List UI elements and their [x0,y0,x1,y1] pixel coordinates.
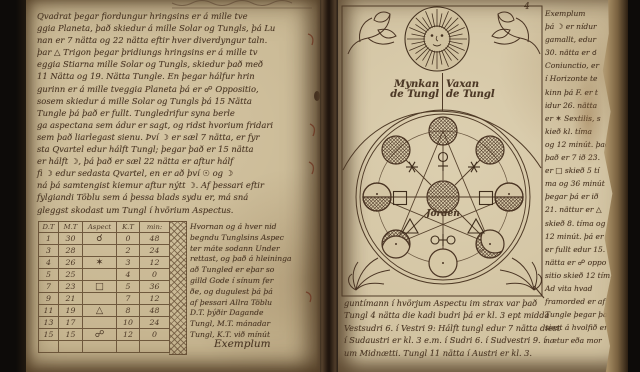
manuscript-text-line: ggia Planeta, það skiedur á mille Solar … [37,22,319,34]
table-ornament-column [169,221,187,355]
table-cell: 13 [39,317,59,329]
manuscript-text-line: Coniunctio, er [545,59,607,72]
manuscript-text-line: D.T. þýðir Dagande [190,308,318,319]
table-cell: 12 [117,329,140,341]
manuscript-text-line: Tungle þá það er fullt. Tungledrifur syn… [37,107,319,119]
manuscript-text-line: skieð 8. tíma og [545,217,607,230]
sun-icon [405,7,469,71]
table-cell: 15 [59,329,83,341]
trine-symbol-left [402,219,418,233]
table-cell: 5 [117,281,140,293]
table-cell: 48 [140,305,170,317]
table-cell: 7 [39,281,59,293]
manuscript-text-line: það er 7 ið 23. [545,151,607,164]
table-header-cell: D.T [39,222,59,233]
aspect-table-body: 130☌048328224426✶31252540723□53692171211… [39,233,170,353]
manuscript-text-line: sta Qvartel edur hálft Tungl; þegar það … [37,143,319,155]
manuscript-text-line: Tungl, M.T. mánadar [190,319,318,330]
table-cell: 26 [59,257,83,269]
table-header-cell: M.T [59,222,83,233]
table-cell: □ [83,281,117,293]
table-cell: 36 [140,281,170,293]
quire-mark: 4 [524,2,530,12]
table-cell: 25 [59,269,83,281]
manuscript-text-line: að Tungled er eþar so [190,265,318,276]
table-header-cell: min: [140,222,170,233]
moon-half-right [495,183,523,211]
manuscript-text-line: ðe, og dugulest þá þá [190,287,318,298]
manuscript-text-line: og 12 minút. það [545,138,607,151]
table-cell: ☍ [83,329,117,341]
book-gutter [316,0,340,372]
table-cell [83,341,117,353]
table-cell: △ [83,305,117,317]
square-symbol-left [394,192,407,205]
waxing-moon-label: Vaxan de Tungl [446,80,516,100]
moon-half-left [363,183,391,211]
manuscript-text-line: gurinn er á mille tveggia Planeta þá er … [37,83,319,95]
table-cell: 24 [140,245,170,257]
manuscript-text-line: þegar þá er ið [545,190,607,203]
manuscript-text-line: er ✶ Sextilis, s [545,112,607,125]
table-cell: 19 [59,305,83,317]
table-cell: 48 [140,233,170,245]
table-cell [83,269,117,281]
moon-crescent-lower-left [382,230,410,264]
table-cell: ☌ [83,233,117,245]
manuscript-text-line: í Horizonte te [545,72,607,85]
left-page-paragraph: Qvadrat þegar fiordungur hringsins er á … [37,10,319,216]
manuscript-text-line: þar △ Trigon þegar þridiungs hringsins e… [37,46,319,58]
left-page: Qvadrat þegar fiordungur hringsins er á … [26,0,320,372]
manuscript-text-line: Vestsudri 6. í Vestri 9: Hálft tungl edu… [344,322,606,334]
table-cell: 21 [59,293,83,305]
aspect-table-header-row: D.TM.TAspectK.Tmin: [39,222,170,233]
table-row: 426✶312 [39,257,170,269]
table-cell: 8 [117,305,140,317]
leaf-ornament-top-left [348,12,396,54]
exemplum-label: Exemplum [214,338,271,350]
manuscript-text-line: nan er 7 nätta og 22 nätta eftir hver di… [37,34,319,46]
manuscript-text-line: Exemplum [545,7,607,20]
manuscript-text-line: af þessari Allra Töblu [190,298,318,309]
table-row: 328224 [39,245,170,257]
table-cell: 15 [39,329,59,341]
header-fragment [172,1,312,9]
moon-full-bottom [429,249,457,277]
lunar-phase-wheel [356,110,530,284]
table-row: 723□536 [39,281,170,293]
table-cell: 2 [117,245,140,257]
manuscript-text-line: gleggst skodast um Tungl í hvörium Aspec… [37,204,319,216]
manuscript-text-line: fylgiandi Töblu sem á þessa blads sydu e… [37,191,319,203]
manuscript-text-line: begndu Tunglsins Aspec [190,233,318,244]
manuscript-text-line: rettast, og það á hleininga [190,254,318,265]
manuscript-text-line: ma og 36 minút [545,177,607,190]
table-cell: 4 [39,257,59,269]
manuscript-text-line: gamallt, edur [545,33,607,46]
moon-new-top [429,117,457,145]
manuscript-text-line: kieð kl. tíma [545,125,607,138]
table-side-note: Hvornan og á hver nidbegndu Tunglsins As… [190,222,318,341]
manuscript-text-line: sitio skieð 12 tím. [545,269,607,282]
table-row: 1515☍120 [39,329,170,341]
table-cell [59,341,83,353]
table-cell: 17 [59,317,83,329]
table-cell: 5 [39,269,59,281]
table-cell: 0 [140,329,170,341]
manuscript-text-line: idur 26. nätta [545,99,607,112]
table-row: 52540 [39,269,170,281]
table-cell: 7 [117,293,140,305]
table-cell: 24 [140,317,170,329]
table-cell: 0 [140,269,170,281]
table-cell: 10 [117,317,140,329]
manuscript-text-line: Hvornan og á hver nid [190,222,318,233]
table-header-cell: K.T [117,222,140,233]
table-cell: ✶ [83,257,117,269]
table-cell [83,245,117,257]
flower-ornament-bottom-right [500,258,541,290]
opposition-symbol [431,234,455,246]
manuscript-text-line: er fullt edur 15. [545,243,607,256]
earth-label: Jörden [408,209,478,219]
manuscript-text-line: eggia Stiarna mille Solar og Tungls, ski… [37,58,319,70]
table-cell: 30 [59,233,83,245]
waning-moon-label: Mynkan de Tungl [368,80,439,100]
table-cell: 23 [59,281,83,293]
manuscript-text-line: gilld Gode í sínum fer [190,276,318,287]
manuscript-text-line: nätta er ☍ oppo [545,256,607,269]
bottom-commentary: guntímann í hvörjum Aspectu im strax var… [344,297,606,359]
table-cell: 4 [117,269,140,281]
table-row: 1119△848 [39,305,170,317]
manuscript-text-line: 30. nätta er ☌ [545,46,607,59]
table-cell: 12 [140,257,170,269]
manuscript-text-line: sem það liarlegast sienu. Því ☽ er sæl 7… [37,131,319,143]
manuscript-text-line: 11 Nätta og 19. Nätta Tungle. En þegar h… [37,70,319,82]
moon-dark-upper-left [382,136,410,164]
manuscript-text-line: er hálft ☽, þá það er sæl 22 nätta er af… [37,155,319,167]
manuscript-text-line: Ad vita hvad [545,282,607,295]
manuscript-photo: { "colors": { "parchment_left": "#c7b691… [0,0,640,372]
manuscript-text-line: ter máte sodann Under [190,244,318,255]
table-cell [140,341,170,353]
manuscript-text-line: 21. nättur er △ [545,203,607,216]
table-cell: 11 [39,305,59,317]
table-cell: 9 [39,293,59,305]
manuscript-text-line: Qvadrat þegar fiordungur hringsins er á … [37,10,319,22]
table-row [39,341,170,353]
table-cell [83,293,117,305]
square-symbol-right [480,192,493,205]
manuscript-text-line: þá ☽ er nídur [545,20,607,33]
manuscript-text-line: um Midnætti. Tungl 11 nätta í Austri er … [344,347,606,359]
table-cell: 12 [140,293,170,305]
manuscript-text-line: ná þá samtengist kiemur aftur nýtt ☽. Af… [37,179,319,191]
manuscript-text-line: Tungl 4 nätta die kadi budri þá er kl. 3… [344,309,606,321]
manuscript-text-line: fi ☽ edur sedasta Qvartel, en er að því … [37,167,319,179]
table-cell [83,317,117,329]
manuscript-text-line: 12 minút. þá er [545,230,607,243]
table-header-cell: Aspect [83,222,117,233]
table-cell: 28 [59,245,83,257]
trine-symbol-right [468,219,484,233]
table-row: 921712 [39,293,170,305]
table-row: 130☌048 [39,233,170,245]
manuscript-text-line: er □ skieð 5 tí [545,164,607,177]
table-cell [39,341,59,353]
table-cell: 1 [39,233,59,245]
table-cell: 3 [117,257,140,269]
flower-ornament-bottom-left [349,258,390,290]
manuscript-text-line: guntímann í hvörjum Aspectu im strax var… [344,297,606,309]
manuscript-text-line: í Sudaustri er kl. 3 e.m. í Sudri 6. í S… [344,334,606,346]
table-cell: 0 [117,233,140,245]
manuscript-text-line: sosem skiedur á mille Solar og Tungls þá… [37,95,319,107]
right-page: Mynkan de Tungl Vaxan de Tungl Jörden 4 … [338,0,628,372]
moon-dark-upper-right [476,136,504,164]
aspect-table: D.TM.TAspectK.Tmin: 130☌048328224426✶312… [38,221,170,353]
table-cell [117,341,140,353]
leaf-ornament-top-right [492,12,540,54]
manuscript-text-line: ga aspectana sem ádur er sagt, og ridst … [37,119,319,131]
table-cell: 3 [39,245,59,257]
manuscript-text-line: kinn þá F. er t [545,86,607,99]
table-row: 13171024 [39,317,170,329]
